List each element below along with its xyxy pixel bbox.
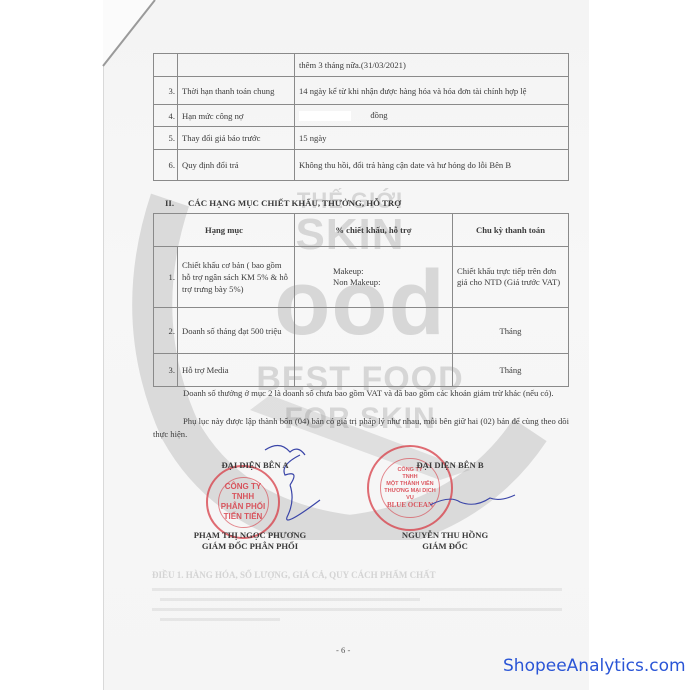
row-number: 1. xyxy=(154,247,178,308)
folded-corner xyxy=(100,0,160,70)
column-header: Hạng mục xyxy=(154,214,295,247)
row-percent xyxy=(295,354,453,387)
party-a-signer: PHẠM THỊ NGỌC PHƯƠNG GIÁM ĐỐC PHÂN PHỐI xyxy=(175,530,325,552)
row-cycle: Tháng xyxy=(453,308,569,354)
row-percent: Makeup: Non Makeup: xyxy=(295,247,453,308)
table-row: 4. Hạn mức công nợ đồng xyxy=(154,105,569,127)
faded-line xyxy=(160,618,280,621)
party-a-title: ĐẠI DIỆN BÊN A xyxy=(195,460,315,470)
row-value: 15 ngày xyxy=(295,127,569,150)
signer-name: NGUYỄN THU HỒNG xyxy=(370,530,520,541)
row-cycle: Chiết khấu trực tiếp trên đơn giá cho NT… xyxy=(453,247,569,308)
faded-line xyxy=(160,598,420,601)
row-value: 14 ngày kể từ khi nhận được hàng hóa và … xyxy=(295,77,569,105)
stamp-line: PHÂN PHỐI xyxy=(221,502,265,512)
row-number: 4. xyxy=(154,105,178,127)
row-item: Hỗ trợ Media xyxy=(178,354,295,387)
stamp-line: TNHH xyxy=(402,474,417,481)
percent-non-makeup: Non Makeup: xyxy=(333,277,448,288)
note-paragraph: Phụ lục này được lập thành bốn (04) bản … xyxy=(153,415,569,441)
page-number: - 6 - xyxy=(336,645,350,655)
row-value: Không thu hồi, đổi trả hàng cận date và … xyxy=(295,150,569,181)
faded-line xyxy=(152,608,562,611)
stamp-line: TIẾN TIẾN xyxy=(224,512,263,522)
note-paragraph: Doanh số thưởng ở mục 2 là doanh số chưa… xyxy=(153,387,569,400)
signer-position: GIÁM ĐỐC PHÂN PHỐI xyxy=(175,541,325,552)
row-item: Doanh số tháng đạt 500 triệu xyxy=(178,308,295,354)
party-b-title: ĐẠI DIỆN BÊN B xyxy=(390,460,510,470)
brand-watermark: ShopeeAnalytics.com xyxy=(503,656,686,676)
row-number: 2. xyxy=(154,308,178,354)
table-row: thêm 3 tháng nữa.(31/03/2021) xyxy=(154,54,569,77)
row-percent xyxy=(295,308,453,354)
faded-heading: ĐIỀU 1. HÀNG HÓA, SỐ LƯỢNG, GIÁ CẢ, QUY … xyxy=(152,570,436,580)
terms-table: thêm 3 tháng nữa.(31/03/2021) 3. Thời hạ… xyxy=(153,53,569,181)
table-row: 1. Chiết khấu cơ bản ( bao gồm hỗ trợ ng… xyxy=(154,247,569,308)
row-label: Quy định đổi trả xyxy=(178,150,295,181)
row-cycle: Tháng xyxy=(453,354,569,387)
column-header: Chu kỳ thanh toán xyxy=(453,214,569,247)
section-heading: II.CÁC HẠNG MỤC CHIẾT KHẤU, THƯỞNG, HỖ T… xyxy=(165,198,415,208)
stamp-line: CÔNG TY xyxy=(225,482,261,492)
signer-position: GIÁM ĐỐC xyxy=(370,541,520,552)
discount-table: Hạng mục % chiết khấu, hỗ trợ Chu kỳ tha… xyxy=(153,213,569,387)
cell-value: thêm 3 tháng nữa.(31/03/2021) xyxy=(295,54,569,77)
signer-name: PHẠM THỊ NGỌC PHƯƠNG xyxy=(175,530,325,541)
stamp-line: MỘT THÀNH VIÊN xyxy=(386,481,433,488)
section-numeral: II. xyxy=(165,198,174,208)
signature-b xyxy=(430,490,520,520)
faded-line xyxy=(152,588,562,591)
row-number: 3. xyxy=(154,354,178,387)
table-row: 3. Hỗ trợ Media Tháng xyxy=(154,354,569,387)
row-label: Thay đổi giá báo trước xyxy=(178,127,295,150)
section-title: CÁC HẠNG MỤC CHIẾT KHẤU, THƯỞNG, HỖ TRỢ xyxy=(188,198,401,208)
stamp-line: BLUE OCEAN xyxy=(387,502,433,509)
stamp-line: TNHH xyxy=(232,492,254,502)
table-header-row: Hạng mục % chiết khấu, hỗ trợ Chu kỳ tha… xyxy=(154,214,569,247)
table-row: 5. Thay đổi giá báo trước 15 ngày xyxy=(154,127,569,150)
table-row: 2. Doanh số tháng đạt 500 triệu Tháng xyxy=(154,308,569,354)
column-header: % chiết khấu, hỗ trợ xyxy=(295,214,453,247)
party-b-signer: NGUYỄN THU HỒNG GIÁM ĐỐC xyxy=(370,530,520,552)
row-number: 5. xyxy=(154,127,178,150)
currency-unit: đồng xyxy=(370,110,387,120)
row-item: Chiết khấu cơ bản ( bao gồm hỗ trợ ngân … xyxy=(178,247,295,308)
table-row: 6. Quy định đổi trả Không thu hồi, đổi t… xyxy=(154,150,569,181)
row-label: Hạn mức công nợ xyxy=(178,105,295,127)
row-number: 6. xyxy=(154,150,178,181)
table-row: 3. Thời hạn thanh toán chung 14 ngày kể … xyxy=(154,77,569,105)
row-value: đồng xyxy=(295,105,569,127)
redacted-amount xyxy=(299,111,351,121)
row-number: 3. xyxy=(154,77,178,105)
row-label: Thời hạn thanh toán chung xyxy=(178,77,295,105)
percent-makeup: Makeup: xyxy=(333,266,448,277)
